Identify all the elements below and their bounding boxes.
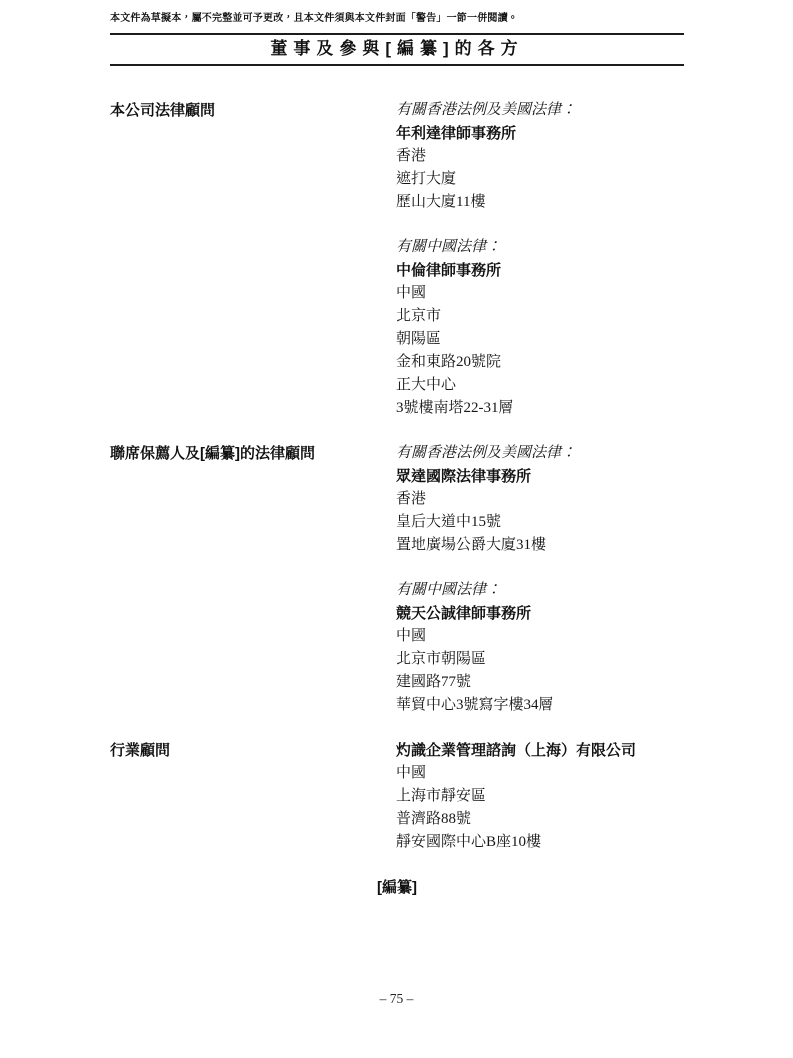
section-company-legal-advisers: 本公司法律顧問 有關香港法例及美國法律： 年利達律師事務所 香港 遮打大廈 歷山… (110, 99, 684, 420)
adviser-details: 有關香港法例及美國法律： 年利達律師事務所 香港 遮打大廈 歷山大廈11樓 有關… (396, 99, 684, 420)
firm-name: 年利達律師事務所 (396, 122, 684, 145)
page-title: 董事及參與[編纂]的各方 (110, 39, 684, 59)
section-sponsors-legal-advisers: 聯席保薦人及[編纂]的法律顧問 有關香港法例及美國法律： 眾達國際法律事務所 香… (110, 442, 684, 717)
address-line: 歷山大廈11樓 (396, 191, 684, 214)
address-line: 華貿中心3號寫字樓34層 (396, 694, 684, 717)
address-line: 建國路77號 (396, 671, 684, 694)
firm-name: 眾達國際法律事務所 (396, 465, 684, 488)
adviser-block-hk-us-law: 有關香港法例及美國法律： 眾達國際法律事務所 香港 皇后大道中15號 置地廣場公… (396, 442, 684, 557)
law-scope-note: 有關香港法例及美國法律： (396, 99, 684, 122)
address-line: 中國 (396, 762, 684, 785)
address-line: 靜安國際中心B座10樓 (396, 831, 684, 854)
address-line: 朝陽區 (396, 328, 684, 351)
adviser-block-hk-us-law: 有關香港法例及美國法律： 年利達律師事務所 香港 遮打大廈 歷山大廈11樓 (396, 99, 684, 214)
address-line: 3號樓南塔22-31層 (396, 397, 684, 420)
page-footer: – 75 – (0, 991, 793, 1007)
address-line: 上海市靜安區 (396, 785, 684, 808)
adviser-details: 灼識企業管理諮詢（上海）有限公司 中國 上海市靜安區 普濟路88號 靜安國際中心… (396, 739, 684, 854)
address-line: 北京市朝陽區 (396, 648, 684, 671)
address-line: 香港 (396, 145, 684, 168)
adviser-block-prc-law: 有關中國法律： 競天公誠律師事務所 中國 北京市朝陽區 建國路77號 華貿中心3… (396, 579, 684, 717)
law-scope-note: 有關中國法律： (396, 236, 684, 259)
firm-name: 灼識企業管理諮詢（上海）有限公司 (396, 739, 684, 762)
law-scope-note: 有關香港法例及美國法律： (396, 442, 684, 465)
address-line: 置地廣場公爵大廈31樓 (396, 534, 684, 557)
address-line: 金和東路20號院 (396, 351, 684, 374)
address-line: 遮打大廈 (396, 168, 684, 191)
adviser-role-label: 行業顧問 (110, 739, 396, 762)
firm-name: 競天公誠律師事務所 (396, 602, 684, 625)
advisers-list: 本公司法律顧問 有關香港法例及美國法律： 年利達律師事務所 香港 遮打大廈 歷山… (110, 99, 684, 854)
adviser-role-label: 本公司法律顧問 (110, 99, 396, 122)
draft-disclaimer: 本文件為草擬本，屬不完整並可予更改，且本文件須與本文件封面「警告」一節一併閱讀。 (110, 12, 684, 25)
page-number: – 75 – (380, 991, 414, 1006)
address-line: 正大中心 (396, 374, 684, 397)
adviser-block-prc-law: 有關中國法律： 中倫律師事務所 中國 北京市 朝陽區 金和東路20號院 正大中心… (396, 236, 684, 420)
adviser-details: 有關香港法例及美國法律： 眾達國際法律事務所 香港 皇后大道中15號 置地廣場公… (396, 442, 684, 717)
redaction-placeholder: [編纂] (110, 876, 684, 899)
page-body: 本文件為草擬本，屬不完整並可予更改，且本文件須與本文件封面「警告」一節一併閱讀。… (0, 0, 793, 899)
address-line: 皇后大道中15號 (396, 511, 684, 534)
address-line: 普濟路88號 (396, 808, 684, 831)
address-line: 中國 (396, 282, 684, 305)
firm-name: 中倫律師事務所 (396, 259, 684, 282)
address-line: 香港 (396, 488, 684, 511)
section-industry-consultant: 行業顧問 灼識企業管理諮詢（上海）有限公司 中國 上海市靜安區 普濟路88號 靜… (110, 739, 684, 854)
adviser-role-label: 聯席保薦人及[編纂]的法律顧問 (110, 442, 396, 465)
section-title-block: 董事及參與[編纂]的各方 (110, 33, 684, 66)
address-line: 中國 (396, 625, 684, 648)
law-scope-note: 有關中國法律： (396, 579, 684, 602)
consultant-block: 灼識企業管理諮詢（上海）有限公司 中國 上海市靜安區 普濟路88號 靜安國際中心… (396, 739, 684, 854)
prospectus-page: 本文件為草擬本，屬不完整並可予更改，且本文件須與本文件封面「警告」一節一併閱讀。… (0, 0, 793, 1058)
address-line: 北京市 (396, 305, 684, 328)
